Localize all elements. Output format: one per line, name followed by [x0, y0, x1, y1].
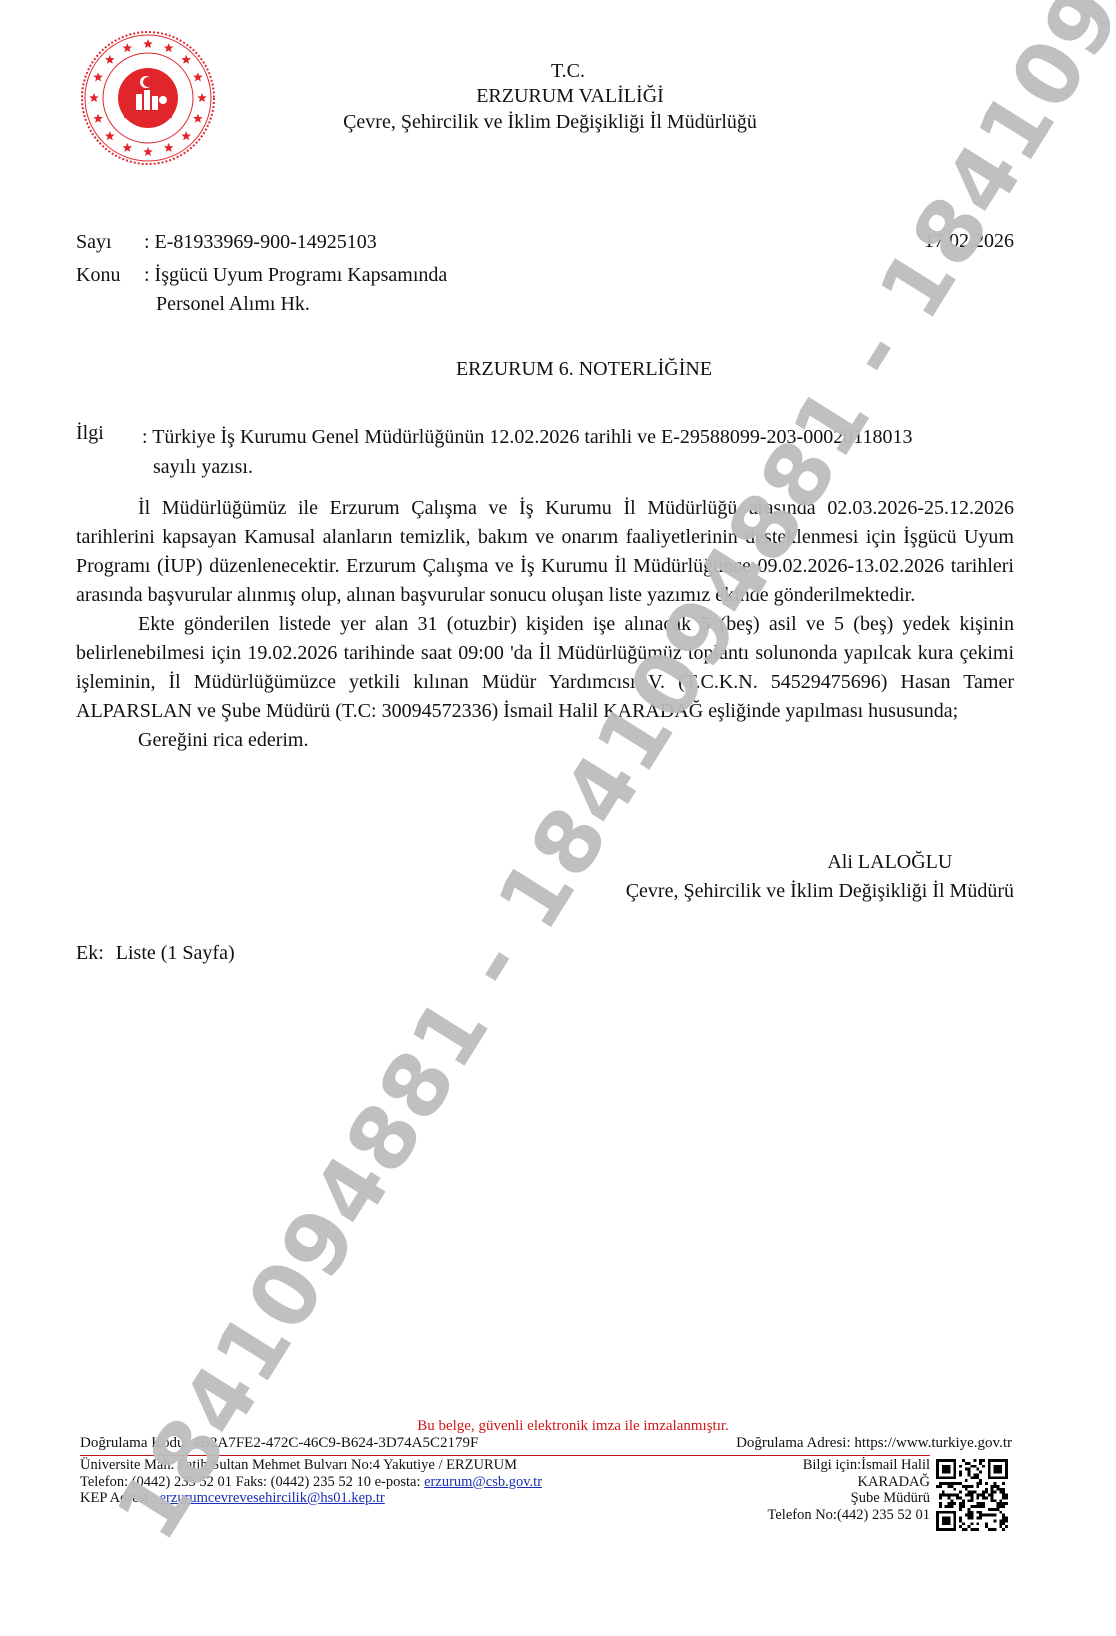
document-date: 17.02.2026 — [924, 230, 1014, 253]
attachment-label: Ek: — [76, 942, 104, 964]
verification-code: Doğrulama Kodu: 4B2A7FE2-472C-46C9-B624-… — [80, 1435, 478, 1452]
esignature-notice: Bu belge, güvenli elektronik imza ile im… — [0, 1418, 1116, 1435]
esignature-notice-text: Bu belge, güvenli elektronik imza ile im… — [417, 1418, 729, 1434]
body-paragraph: Ekte gönderilen listede yer alan 31 (otu… — [76, 610, 1014, 726]
verification-row: Doğrulama Kodu: 4B2A7FE2-472C-46C9-B624-… — [80, 1435, 1012, 1453]
kep-label: KEP Adresi : — [80, 1490, 160, 1506]
ilgi-line2: sayılı yazısı. — [142, 452, 1022, 482]
body-paragraph: İl Müdürlüğümüz ile Erzurum Çalışma ve İ… — [76, 494, 1014, 610]
info-line-4: Telefon No:(442) 235 52 01 — [768, 1507, 930, 1524]
kep-link[interactable]: erzurumcevrevesehircilik@hs01.kep.tr — [160, 1490, 385, 1506]
signature-block: Ali LALOĞLU Çevre, Şehircilik ve İklim D… — [626, 848, 1014, 906]
attachment: Ek:Liste (1 Sayfa) — [76, 942, 235, 965]
address: Üniversite Mah. Fatih Sultan Mehmet Bulv… — [80, 1457, 542, 1474]
recipient-text: ERZURUM 6. NOTERLİĞİNE — [456, 358, 712, 380]
info-line-2: KARADAĞ — [768, 1474, 930, 1491]
header-directorate: Çevre, Şehircilik ve İklim Değişikliği İ… — [300, 109, 800, 136]
contact-block: Üniversite Mah. Fatih Sultan Mehmet Bulv… — [80, 1457, 542, 1507]
ilgi-text: : Türkiye İş Kurumu Genel Müdürlüğünün 1… — [142, 422, 1022, 482]
signatory-title: Çevre, Şehircilik ve İklim Değişikliği İ… — [626, 880, 1014, 902]
sayi-label: Sayı — [76, 227, 112, 257]
phone-fax: Telefon: (0442) 235 52 01 Faks: (0442) 2… — [80, 1474, 424, 1490]
signatory-name: Ali LALOĞLU — [766, 848, 1014, 877]
header-tc: T.C. — [468, 58, 668, 85]
email-link[interactable]: erzurum@csb.gov.tr — [424, 1474, 542, 1490]
body-closing: Gereğini rica ederim. — [76, 726, 1014, 755]
info-line-3: Şube Müdürü — [768, 1490, 930, 1507]
qr-code-icon — [936, 1459, 1008, 1531]
konu-label: Konu — [76, 260, 120, 290]
verification-address: Doğrulama Adresi: https://www.turkiye.go… — [736, 1435, 1012, 1452]
info-contact: Bilgi için:İsmail Halil KARADAĞ Şube Müd… — [768, 1457, 930, 1523]
recipient: ERZURUM 6. NOTERLİĞİNE — [0, 358, 1116, 381]
ministry-seal-logo-icon — [80, 30, 216, 166]
sayi-value: : E-81933969-900-14925103 — [144, 227, 377, 257]
letter-body: İl Müdürlüğümüz ile Erzurum Çalışma ve İ… — [76, 494, 1014, 755]
header-governorship: ERZURUM VALİLİĞİ — [370, 83, 770, 110]
info-line-1: Bilgi için:İsmail Halil — [768, 1457, 930, 1474]
attachment-value: Liste (1 Sayfa) — [116, 942, 235, 964]
document-page: T.C. ERZURUM VALİLİĞİ Çevre, Şehircilik … — [0, 0, 1116, 1636]
ilgi-line1: : Türkiye İş Kurumu Genel Müdürlüğünün 1… — [142, 426, 912, 448]
konu-value-line2: Personel Alımı Hk. — [156, 289, 310, 319]
ilgi-label: İlgi — [76, 422, 104, 445]
konu-value-line1: : İşgücü Uyum Programı Kapsamında — [144, 260, 447, 290]
footer-divider — [80, 1455, 930, 1456]
